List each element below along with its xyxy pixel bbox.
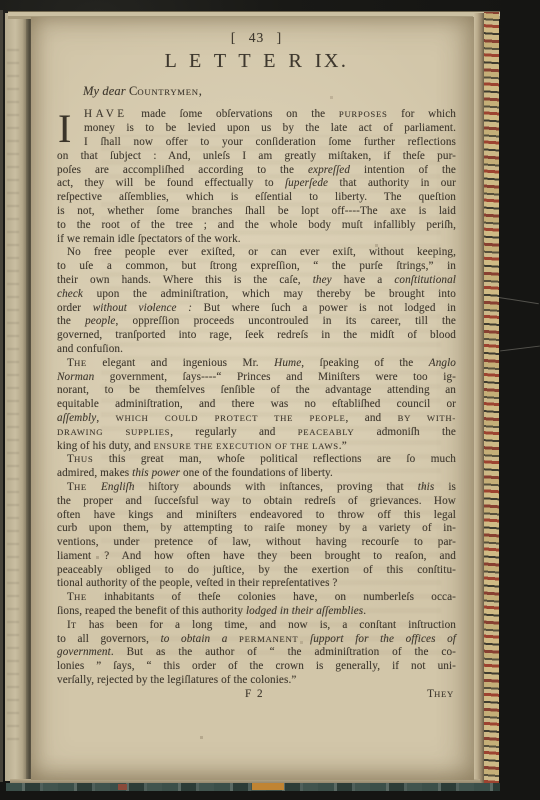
text-line: HAVE made ſome obſervations on the purpo… [57, 108, 456, 122]
page-number: [ 43 ] [57, 31, 456, 45]
text-run [227, 633, 239, 645]
text-line: drawing supplies, regularly and peaceabl… [57, 426, 456, 440]
text-run: , ſpeaking of the [301, 357, 428, 369]
text-run: made ſome obſervations on the [128, 108, 339, 120]
small-caps-run: hus [74, 454, 93, 464]
small-caps-run: he [74, 482, 87, 492]
text-run: their own hands. Where this is the caſe, [57, 274, 313, 286]
text-line: admired, makes this power one of the fou… [57, 467, 456, 481]
text-line: verſally, rejected by the legiſlatures o… [57, 674, 456, 688]
small-caps-run: he [74, 358, 87, 368]
text-line: check upon the adminiſtration, which may… [57, 288, 456, 302]
paper-specks [31, 17, 32, 18]
text-run: reſpective aſſemblies, which is eſſentia… [57, 191, 456, 203]
text-run: curb upon them, by attempting to raiſe m… [57, 522, 456, 534]
italic-run: this [418, 481, 435, 493]
paragraph: IHAVE made ſome obſervations on the purp… [57, 108, 456, 246]
text-run: . But as the author of “ the adminiſtrat… [111, 646, 456, 658]
small-caps-run: hey [434, 689, 454, 699]
text-line: liament ? And how often have they been b… [57, 550, 456, 564]
text-line: No free people ever exiſted, or can ever… [57, 246, 456, 260]
text-run: admoniſh the [354, 426, 456, 438]
small-caps-run: permanent [239, 634, 298, 644]
bottom-edge-orange-fleck [252, 783, 284, 790]
italic-run: check [57, 288, 83, 300]
text-line: Norman government, ſays----“ Princes and… [57, 371, 456, 385]
bottom-edge-red-fleck [118, 784, 127, 790]
text-run: , [96, 412, 115, 424]
text-run [298, 633, 310, 645]
small-caps-run: peaceably [298, 427, 355, 437]
italic-run: Norman [57, 371, 94, 383]
italic-run: lodged in their aſſemblies [246, 605, 363, 617]
catchword: They [427, 688, 454, 702]
book-scan-background: [ 43 ] L E T T E R IX. My dear Countryme… [0, 0, 540, 800]
text-line: often have kings and miniſters endeavore… [57, 509, 456, 523]
text-line: Thus this great man, whoſe political ref… [57, 453, 456, 467]
text-run: inhabitants of theſe colonies have, on n… [87, 591, 456, 603]
text-body: IHAVE made ſome obſervations on the purp… [57, 108, 456, 687]
small-caps-run: ountrymen [137, 87, 198, 97]
text-run: norant, to be themſelves ſenſible of the… [57, 384, 456, 396]
italic-run: ſuperſede [285, 177, 328, 189]
text-line: to all governors, to obtain a permanent … [57, 633, 456, 647]
text-run: to all governors, [57, 633, 161, 645]
text-run: , and [346, 412, 398, 424]
text-line: king of his duty, and ensure the executi… [57, 440, 456, 454]
text-run: often have kings and miniſters endeavore… [57, 509, 456, 521]
text-run: for which [387, 108, 456, 120]
text-run: But where ſuch a power is not lodged in [192, 302, 456, 314]
text-line: norant, to be themſelves ſenſible of the… [57, 384, 456, 398]
text-line: on that ſubject : And, unleſs I am great… [57, 150, 456, 164]
paragraph: The elegant and ingenious Mr. Hume, ſpea… [57, 357, 456, 454]
text-run: No free people ever exiſted, or can ever… [67, 246, 456, 258]
text-run: is not, whether ſome branches ſhall be l… [57, 205, 456, 217]
text-run: lonies ” ſays, “ this order of the crown… [57, 660, 456, 672]
text-run: governed, tranſported into rage, ſeek re… [57, 329, 456, 341]
drop-cap: I [58, 110, 71, 148]
text-run: and confuſion. [57, 343, 123, 355]
text-run: government, ſays----“ Princes and Miniſt… [94, 371, 456, 383]
text-line: the people, oppreſſion proceeds uncontro… [57, 315, 456, 329]
text-run: , oppreſſion proceeds uncontrouled in it… [116, 315, 457, 327]
text-line: ſions, reaped the benefit of this author… [57, 605, 456, 619]
text-line: their own hands. Where this is the caſe,… [57, 274, 456, 288]
text-run: that authority in our [328, 177, 456, 189]
italic-run: Hume [274, 357, 301, 369]
italic-run: Engliſh [101, 481, 135, 493]
text-run: act, they will be found effectually to [57, 177, 285, 189]
small-caps-run: drawing supplies [57, 427, 170, 437]
small-caps-run: which could protect the people [116, 413, 346, 423]
text-run: is [434, 481, 456, 493]
text-run: to uſe a common, but ſtrong expreſſion, … [57, 260, 456, 272]
text-run: intention of the [350, 164, 456, 176]
text-line: tional authority of the people, veſted i… [57, 577, 456, 591]
italic-run: this power [132, 467, 180, 479]
text-line: if we remain idle ſpectators of the work… [57, 233, 456, 247]
text-run: this great man, whoſe political reflecti… [93, 453, 456, 465]
letter-title: L E T T E R IX. [57, 55, 456, 69]
small-caps-run: by with- [398, 413, 456, 423]
text-line: ventions, under pretence of law, without… [57, 536, 456, 550]
text-run: poſes are accompliſhed according to the [57, 164, 308, 176]
text-run: if we remain idle ſpectators of the work… [57, 233, 241, 245]
text-line: and confuſion. [57, 343, 456, 357]
text-run: has been for a long time, and now is, a … [77, 619, 456, 631]
text-line: act, they will be found effectually to ſ… [57, 177, 456, 191]
text-run: T [67, 357, 74, 369]
text-run [87, 481, 101, 493]
paragraph: The Engliſh hiſtory abounds with inſtanc… [57, 481, 456, 591]
italic-run: people [85, 315, 115, 327]
italic-run: Anglo [429, 357, 456, 369]
text-run: on that ſubject : And, unleſs I am great… [57, 150, 456, 162]
text-run: T [67, 481, 74, 493]
italic-run: conſtitutional [394, 274, 456, 286]
text-run: T [67, 591, 74, 603]
text-run: .” [339, 440, 347, 452]
italic-run: they [313, 274, 332, 286]
text-line: to uſe a common, but ſtrong expreſſion, … [57, 260, 456, 274]
text-line: The elegant and ingenious Mr. Hume, ſpea… [57, 357, 456, 371]
paragraph: Thus this great man, whoſe political ref… [57, 453, 456, 481]
text-run: verſally, rejected by the legiſlatures o… [57, 674, 296, 686]
small-caps-run: purposes [339, 109, 388, 119]
text-run: equitable adminiſtration, and there was … [57, 398, 456, 410]
italic-run: aſſembly [57, 412, 96, 424]
text-line: order without violence : But where ſuch … [57, 302, 456, 316]
italic-run: My dear [83, 84, 129, 98]
text-run: tional authority of the people, veſted i… [57, 577, 338, 589]
scan-left-edge [0, 10, 3, 782]
text-run: ſions, reaped the benefit of this author… [57, 605, 246, 617]
small-caps-run: ensure the execution of the laws [154, 441, 339, 451]
text-line: money is to be levied upon us by the lat… [57, 122, 456, 136]
text-run: one of the foundations of liberty. [180, 467, 333, 479]
italic-run: without violence : [93, 302, 192, 314]
text-run: , regularly and [170, 426, 298, 438]
text-run: . [363, 605, 366, 617]
paragraph: The inhabitants of theſe colonies have, … [57, 591, 456, 619]
text-line: The Engliſh hiſtory abounds with inſtanc… [57, 481, 456, 495]
text-run: order [57, 302, 93, 314]
small-caps-run: he [74, 592, 87, 602]
text-line: poſes are accompliſhed according to the … [57, 164, 456, 178]
italic-run: to obtain a [161, 633, 228, 645]
text-line: governed, tranſported into rage, ſeek re… [57, 329, 456, 343]
text-run: hiſtory abounds with inſtances, proving … [135, 481, 418, 493]
text-run: admired, makes [57, 467, 132, 479]
italic-run: expreſſed [308, 164, 350, 176]
text-line: equitable adminiſtration, and there was … [57, 398, 456, 412]
text-run: , [199, 84, 202, 98]
text-run: upon the adminiſtration, which may there… [83, 288, 456, 300]
text-run: money is to be levied upon us by the lat… [84, 122, 456, 134]
text-run: T [427, 688, 434, 700]
text-line: peaceably obliged to do juſtice, by the … [57, 564, 456, 578]
italic-run: ſupport for the offices of [310, 633, 456, 645]
text-run: the proper and ſucceſsful way to obtain … [57, 495, 456, 507]
text-column: [ 43 ] L E T T E R IX. My dear Countryme… [57, 31, 456, 702]
paragraph: It has been for a long time, and now is,… [57, 619, 456, 688]
book-page: [ 43 ] L E T T E R IX. My dear Countryme… [31, 17, 474, 780]
facing-page-showthrough [7, 40, 19, 740]
italic-run: government [57, 646, 111, 658]
paragraph: No free people ever exiſted, or can ever… [57, 246, 456, 356]
text-run: liament ? And how often have they been b… [57, 550, 456, 562]
text-run: elegant and ingenious Mr. [87, 357, 274, 369]
text-run: peaceably obliged to do juſtice, by the … [57, 564, 456, 576]
text-line: the proper and ſucceſsful way to obtain … [57, 495, 456, 509]
text-run: I ſhall now offer to your conſideration … [84, 136, 456, 148]
text-run: the [57, 315, 85, 327]
text-line: aſſembly, which could protect the people… [57, 412, 456, 426]
footer-line: F 2 They [57, 688, 456, 702]
salutation: My dear Countrymen, [57, 85, 456, 100]
text-line: I ſhall now offer to your conſideration … [57, 136, 456, 150]
text-line: It has been for a long time, and now is,… [57, 619, 456, 633]
text-line: to the root of the tree ; and the whole … [57, 219, 456, 233]
scan-scratch [497, 297, 539, 305]
page-block-right-edge [473, 13, 484, 783]
text-line: government. But as the author of “ the a… [57, 646, 456, 660]
marbled-fore-edge [484, 12, 499, 788]
text-run: have a [332, 274, 395, 286]
text-run: HAVE [84, 108, 128, 120]
text-line: is not, whether ſome branches ſhall be l… [57, 205, 456, 219]
text-run: king of his duty, and [57, 440, 154, 452]
text-line: The inhabitants of theſe colonies have, … [57, 591, 456, 605]
text-run: to the root of the tree ; and the whole … [57, 219, 456, 231]
text-run: T [67, 453, 74, 465]
text-run: ventions, under pretence of law, without… [57, 536, 456, 548]
signature-mark: F 2 [245, 688, 264, 702]
text-line: reſpective aſſemblies, which is eſſentia… [57, 191, 456, 205]
scan-scratch [500, 346, 540, 352]
text-line: curb upon them, by attempting to raiſe m… [57, 522, 456, 536]
text-line: lonies ” ſays, “ this order of the crown… [57, 660, 456, 674]
